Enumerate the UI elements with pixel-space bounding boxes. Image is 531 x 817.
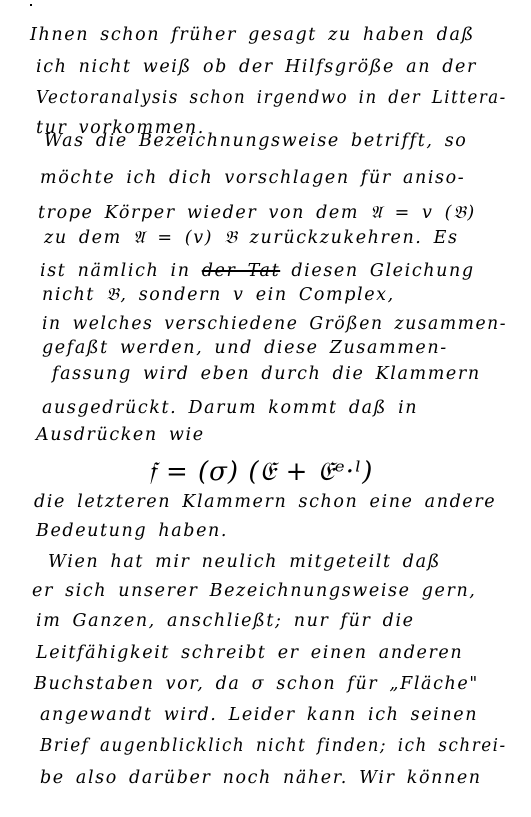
letter-line-19: er sich unserer Bezeichnungsweise gern, [32,583,476,601]
line-9-end: diesen Gleichung [280,261,474,281]
letter-line-8: zu dem 𝔄 = (v) 𝔅 zurückzukehren. Es [44,230,459,248]
letter-line-7: trope Körper wieder von dem 𝔄 = v (𝔅) [38,205,476,223]
letter-line-20: im Ganzen, anschließt; nur für die [36,613,415,631]
letter-line-11: in welches verschiedene Größen zusammen- [42,316,507,334]
letter-line-21: Leitfähigkeit schreibt er einen anderen [36,645,463,663]
letter-line-3: Vectoranalysis schon irgendwo in der Lit… [36,90,507,108]
letter-line-15: Ausdrücken wie [36,427,205,445]
struck-through-text: der Tat [202,261,280,281]
line-9-start: ist nämlich in [40,261,202,281]
letter-line-1: Ihnen schon früher gesagt zu haben daß [30,27,475,45]
letter-line-14: ausgedrückt. Darum kommt daß in [42,400,418,418]
letter-line-24: Brief augenblicklich nicht finden; ich s… [40,738,507,756]
letter-line-9: ist nämlich in der Tat diesen Gleichung [40,263,475,281]
letter-page: Ihnen schon früher gesagt zu haben daß i… [0,0,531,817]
formula-conductivity: 𝔣 = (σ) (𝔈 + 𝔈ᵉ·ˡ) [148,457,373,488]
letter-line-6: möchte ich dich vorschlagen für aniso- [40,170,465,188]
letter-line-23: angewandt wird. Leider kann ich seinen [40,707,478,725]
letter-line-25: be also darüber noch näher. Wir können [40,770,482,788]
ink-speck [30,4,32,6]
letter-line-12: gefaßt werden, und diese Zusammen- [42,340,448,358]
letter-line-16: die letzteren Klammern schon eine andere [34,494,496,512]
letter-line-22: Buchstaben vor, da σ schon für „Fläche" [34,676,479,694]
letter-line-17: Bedeutung haben. [36,523,228,541]
letter-line-18: Wien hat mir neulich mitgeteilt daß [48,554,441,572]
letter-line-2: ich nicht weiß ob der Hilfsgröße an der [36,59,477,77]
letter-line-10: nicht 𝔅, sondern v ein Complex, [42,287,395,305]
letter-line-5: Was die Bezeichnungsweise betrifft, so [44,133,467,151]
letter-line-13: fassung wird eben durch die Klammern [52,366,481,384]
